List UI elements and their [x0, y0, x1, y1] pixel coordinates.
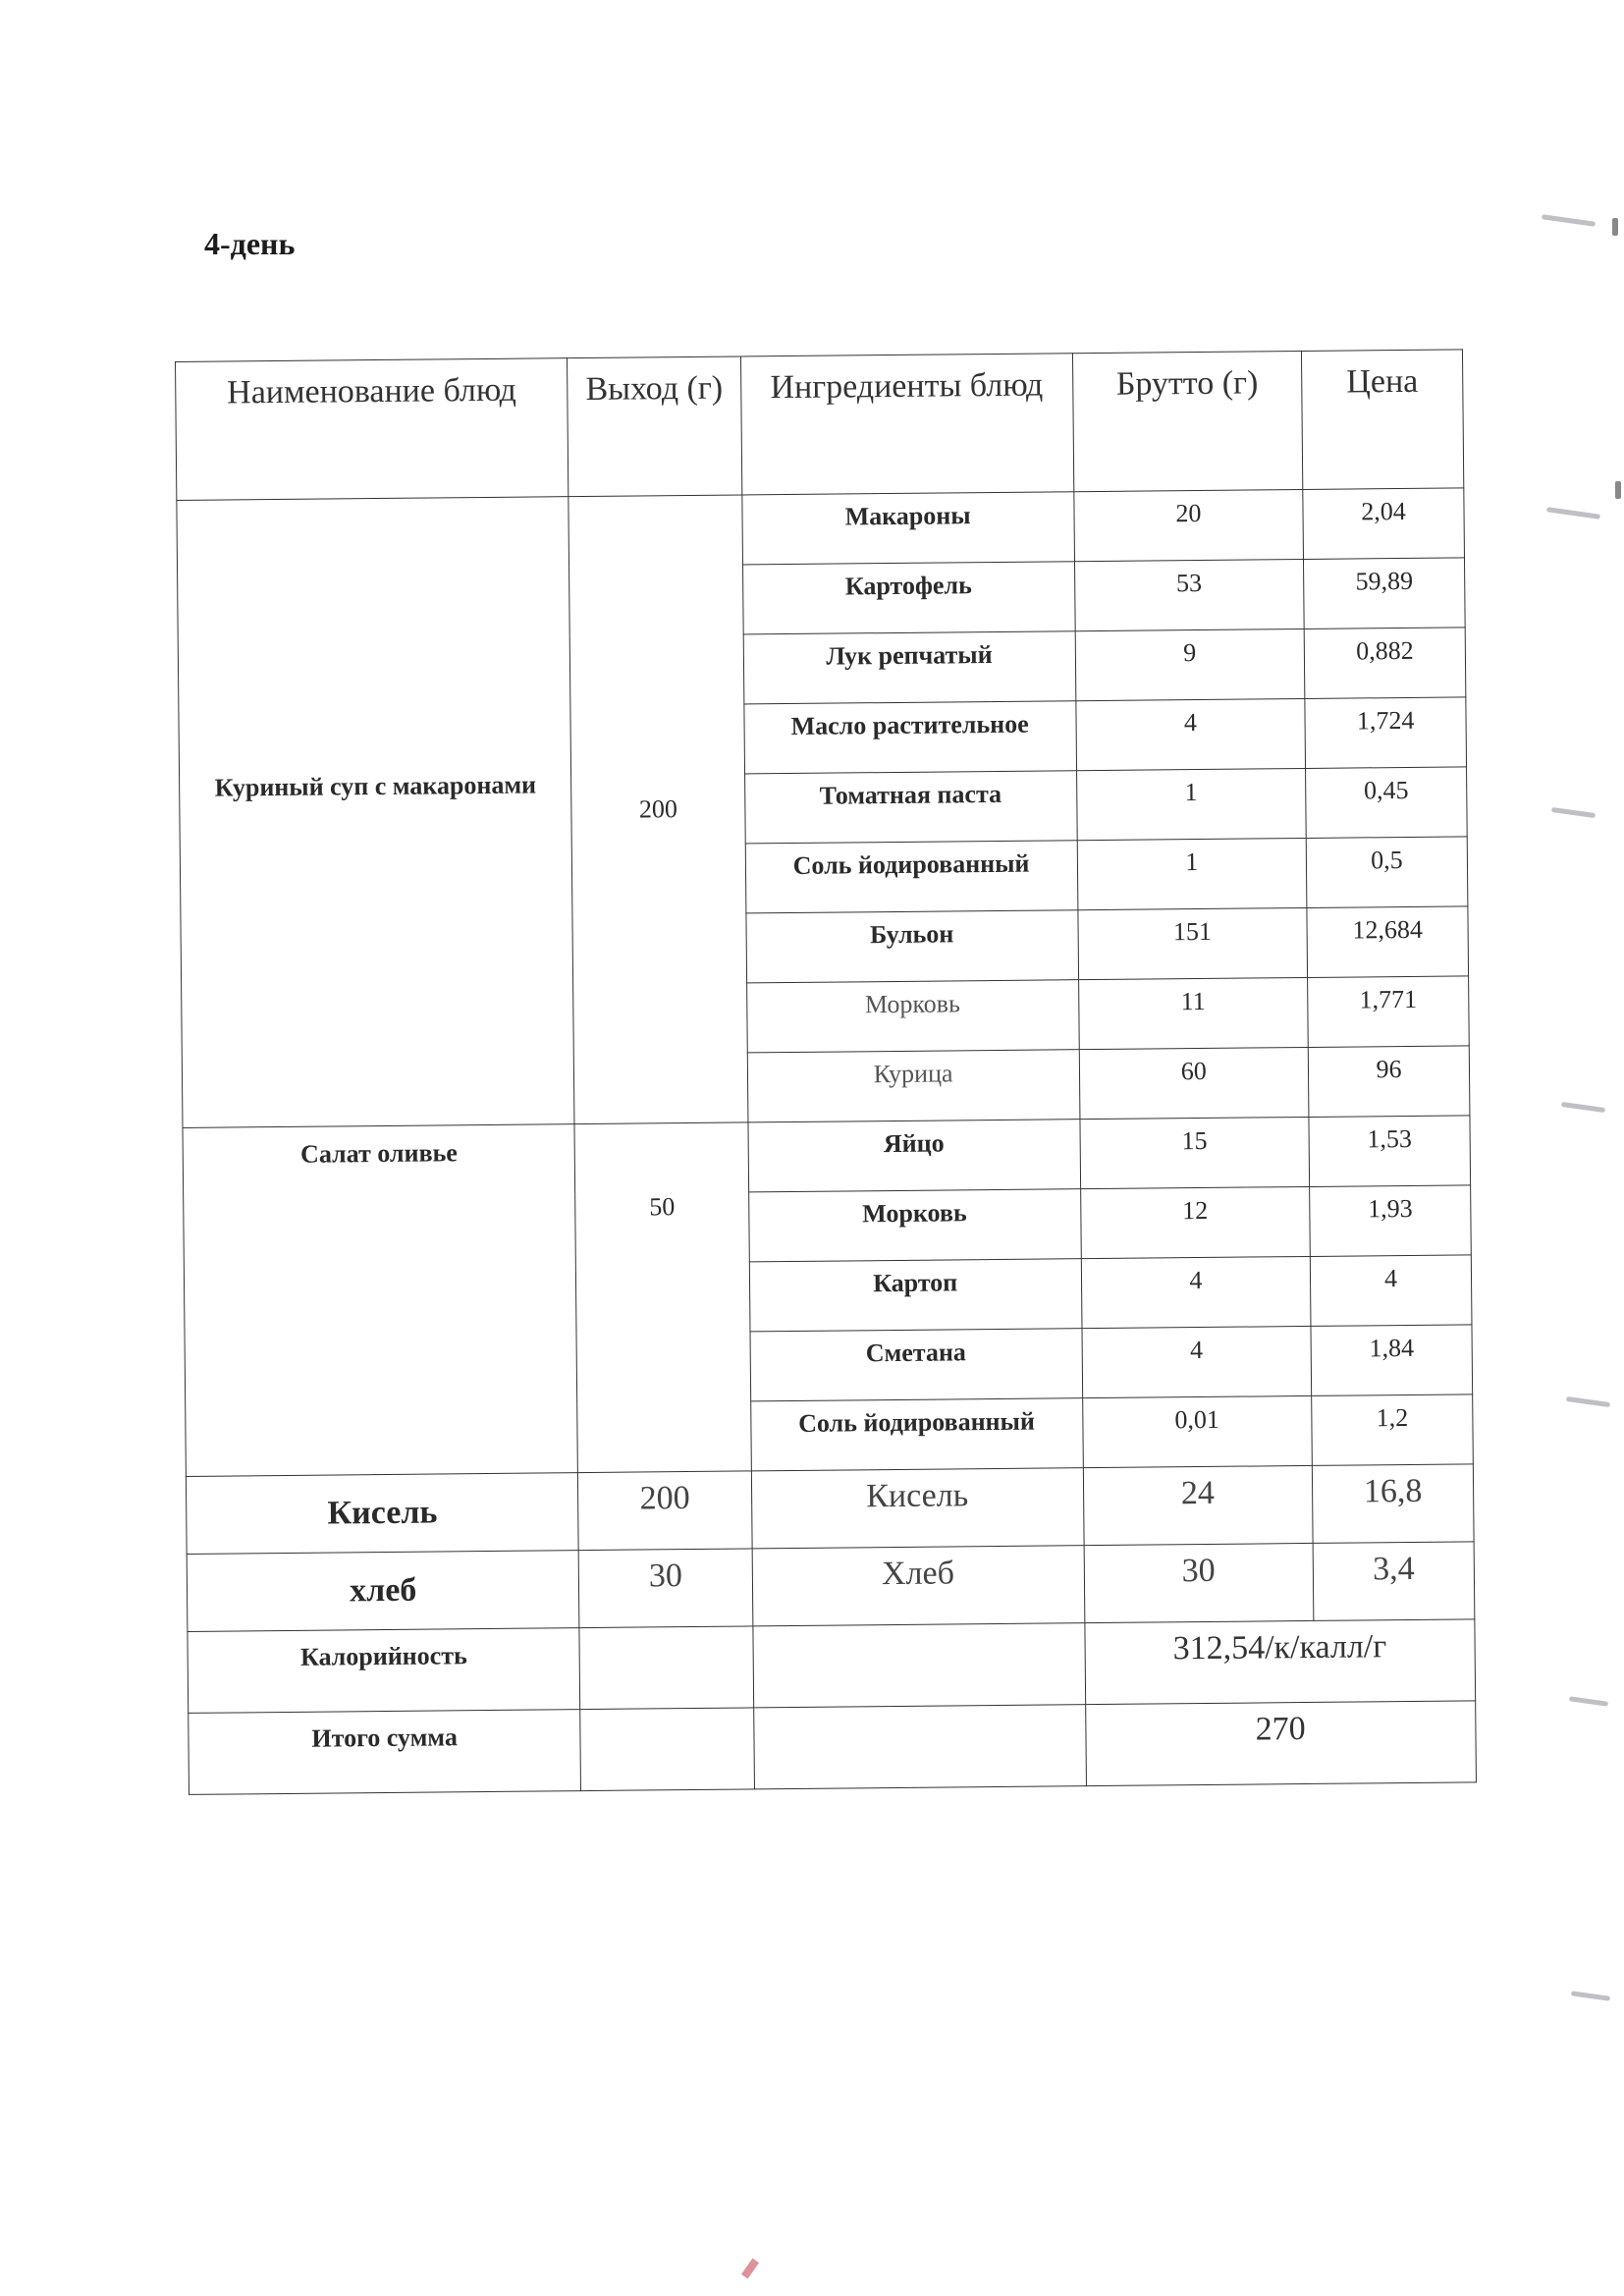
ingredient-price: 1,93	[1310, 1185, 1472, 1257]
dish-yield: 30	[579, 1549, 753, 1628]
ingredient-brutto: 4	[1082, 1326, 1312, 1397]
scan-artifact	[1546, 507, 1600, 519]
ingredient-name: Соль йодированный	[750, 1398, 1083, 1471]
menu-table: Наименование блюд Выход (г) Ингредиенты …	[175, 349, 1477, 1795]
ingredient-price: 0,882	[1304, 628, 1466, 699]
ingredient-brutto: 60	[1079, 1047, 1309, 1119]
ingredient-price: 59,89	[1304, 558, 1466, 629]
scan-artifact	[1615, 481, 1621, 499]
table-row: хлеб 30 Хлеб 30 3,4	[187, 1542, 1475, 1632]
ingredient-price: 96	[1308, 1046, 1470, 1118]
ingredient-price: 1,84	[1311, 1325, 1473, 1396]
calories-value: 312,54/к/калл/г	[1084, 1619, 1475, 1705]
dish-name: Куриный суп с макаронами	[177, 497, 575, 1128]
ingredient-price: 3,4	[1313, 1542, 1475, 1621]
ingredient-price: 0,5	[1306, 837, 1468, 908]
ingredient-name: Томатная паста	[744, 771, 1077, 844]
scan-artifact	[1569, 1696, 1608, 1707]
table-row: Салат оливье 50 Яйцо 15 1,53	[183, 1116, 1471, 1198]
scan-artifact	[741, 2259, 759, 2279]
ingredient-name: Картофель	[742, 562, 1075, 634]
header-yield: Выход (г)	[568, 356, 742, 497]
ingredient-brutto: 1	[1077, 838, 1307, 909]
ingredient-name: Курица	[747, 1050, 1080, 1122]
ingredient-price: 4	[1310, 1255, 1472, 1327]
scan-artifact	[1551, 807, 1596, 818]
ingredient-name: Сметана	[750, 1329, 1083, 1401]
dish-name: Салат оливье	[183, 1124, 578, 1477]
table-header-row: Наименование блюд Выход (г) Ингредиенты …	[176, 350, 1464, 501]
scan-artifact	[1612, 218, 1618, 236]
total-row: Итого сумма 270	[189, 1701, 1477, 1795]
ingredient-brutto: 1	[1076, 768, 1306, 840]
scan-artifact	[1542, 214, 1596, 227]
ingredient-brutto: 4	[1081, 1256, 1311, 1328]
dish-name: хлеб	[187, 1551, 579, 1632]
ingredient-brutto: 0,01	[1082, 1395, 1312, 1467]
ingredient-name: Кисель	[751, 1468, 1084, 1549]
dish-yield: 200	[578, 1471, 752, 1551]
ingredient-brutto: 15	[1080, 1117, 1310, 1188]
calories-row: Калорийность 312,54/к/калл/г	[188, 1619, 1476, 1714]
ingredient-brutto: 20	[1073, 489, 1303, 561]
dish-name: Кисель	[186, 1473, 578, 1555]
empty-cell	[580, 1708, 754, 1791]
ingredient-brutto: 30	[1084, 1543, 1314, 1622]
ingredient-brutto: 9	[1075, 629, 1305, 700]
ingredient-price: 1,2	[1312, 1394, 1474, 1466]
ingredient-name: Макароны	[741, 492, 1074, 565]
ingredient-brutto: 4	[1075, 698, 1305, 770]
header-dish: Наименование блюд	[176, 358, 569, 501]
page-title: 4-день	[204, 226, 295, 262]
ingredient-name: Лук репчатый	[743, 631, 1076, 704]
menu-table-container: Наименование блюд Выход (г) Ингредиенты …	[175, 349, 1477, 1795]
ingredient-name: Яйцо	[748, 1120, 1081, 1192]
ingredient-price: 0,45	[1306, 767, 1468, 839]
header-ingredients: Ингредиенты блюд	[740, 354, 1073, 495]
ingredient-brutto: 24	[1083, 1465, 1313, 1545]
ingredient-name: Соль йодированный	[745, 841, 1078, 913]
ingredient-name: Морковь	[748, 1189, 1081, 1262]
ingredient-name: Хлеб	[752, 1546, 1085, 1626]
ingredient-price: 1,53	[1309, 1116, 1471, 1187]
ingredient-price: 12,684	[1307, 906, 1469, 978]
ingredient-brutto: 11	[1078, 977, 1308, 1049]
ingredient-price: 2,04	[1303, 488, 1465, 560]
header-brutto: Брутто (г)	[1072, 351, 1303, 491]
dish-yield: 50	[574, 1122, 751, 1473]
calories-label: Калорийность	[188, 1628, 580, 1714]
scan-artifact	[1561, 1102, 1605, 1113]
total-value: 270	[1085, 1701, 1476, 1786]
table-row: Кисель 200 Кисель 24 16,8	[186, 1464, 1474, 1555]
total-label: Итого сумма	[189, 1710, 581, 1795]
empty-cell	[752, 1623, 1085, 1708]
empty-cell	[579, 1626, 753, 1710]
ingredient-name: Масло растительное	[743, 701, 1076, 774]
ingredient-price: 1,724	[1305, 697, 1467, 769]
scan-artifact	[1571, 1991, 1610, 2001]
ingredient-price: 16,8	[1312, 1464, 1474, 1544]
ingredient-brutto: 151	[1077, 907, 1307, 979]
ingredient-price: 1,771	[1308, 976, 1470, 1048]
scan-artifact	[1566, 1396, 1610, 1407]
dish-yield: 200	[568, 495, 747, 1124]
ingredient-name: Бульон	[746, 910, 1079, 983]
ingredient-name: Морковь	[746, 980, 1079, 1053]
header-price: Цена	[1302, 350, 1464, 490]
empty-cell	[753, 1705, 1086, 1789]
table-row: Куриный суп с макаронами 200 Макароны 20…	[177, 488, 1465, 571]
ingredient-brutto: 53	[1074, 559, 1304, 630]
ingredient-brutto: 12	[1080, 1186, 1310, 1258]
ingredient-name: Картоп	[749, 1259, 1082, 1332]
